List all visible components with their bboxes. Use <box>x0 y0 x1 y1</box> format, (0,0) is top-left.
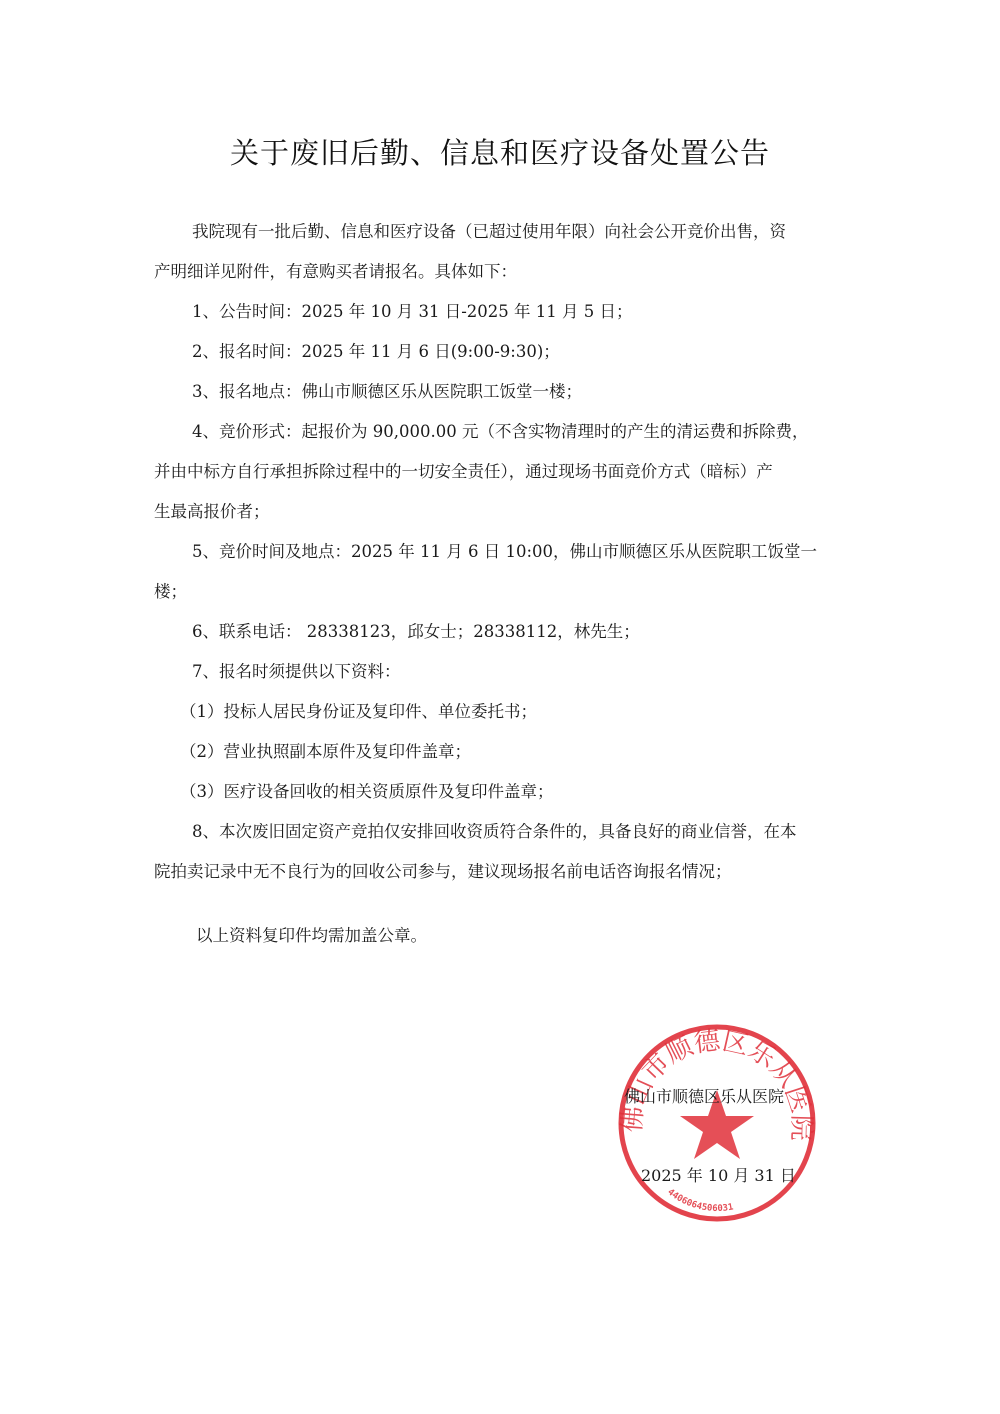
signature-organization: 佛山市顺德区乐从医院 <box>624 1084 784 1107</box>
item-4-bidding-form-line-1: 4、竞价形式：起报价为 90,000.00 元（不含实物清理时的产生的清运费和拆… <box>154 412 854 452</box>
item-7-required-documents: 7、报名时须提供以下资料： <box>154 652 854 692</box>
item-3-registration-location: 3、报名地点：佛山市顺德区乐从医院职工饭堂一楼； <box>154 372 854 412</box>
item-6-contact-phone: 6、联系电话： 28338123，邱女士；28338112，林先生； <box>154 612 854 652</box>
item-7-sub-1: （1）投标人居民身份证及复印件、单位委托书； <box>154 692 854 732</box>
signature-date: 2025 年 10 月 31 日 <box>641 1163 796 1186</box>
intro-line-1: 我院现有一批后勤、信息和医疗设备（已超过使用年限）向社会公开竞价出售，资 <box>154 212 854 252</box>
item-5-bidding-time-location-line-2: 楼； <box>154 572 854 612</box>
item-7-sub-2: （2）营业执照副本原件及复印件盖章； <box>154 732 854 772</box>
item-1-announcement-period: 1、公告时间：2025 年 10 月 31 日-2025 年 11 月 5 日； <box>154 292 854 332</box>
intro-line-2: 产明细详见附件，有意购买者请报名。具体如下： <box>154 252 854 292</box>
official-seal-icon: 佛山市顺德区乐从医院 4406064506031 <box>612 1018 822 1228</box>
item-5-bidding-time-location-line-1: 5、竞价时间及地点：2025 年 11 月 6 日 10:00，佛山市顺德区乐从… <box>154 532 854 572</box>
item-4-bidding-form-line-2: 并由中标方自行承担拆除过程中的一切安全责任），通过现场书面竞价方式（暗标）产 <box>154 452 854 492</box>
document-title: 关于废旧后勤、信息和医疗设备处置公告 <box>0 131 1000 172</box>
item-2-registration-time: 2、报名时间：2025 年 11 月 6 日(9:00-9:30)； <box>154 332 854 372</box>
item-8-eligibility-line-1: 8、本次废旧固定资产竞拍仅安排回收资质符合条件的，具备良好的商业信誉，在本 <box>154 812 854 852</box>
document-body: 我院现有一批后勤、信息和医疗设备（已超过使用年限）向社会公开竞价出售，资 产明细… <box>154 212 854 892</box>
closing-note: 以上资料复印件均需加盖公章。 <box>196 922 427 946</box>
item-4-bidding-form-line-3: 生最高报价者； <box>154 492 854 532</box>
item-7-sub-3: （3）医疗设备回收的相关资质原件及复印件盖章； <box>154 772 854 812</box>
item-8-eligibility-line-2: 院拍卖记录中无不良行为的回收公司参与，建议现场报名前电话咨询报名情况； <box>154 852 854 892</box>
